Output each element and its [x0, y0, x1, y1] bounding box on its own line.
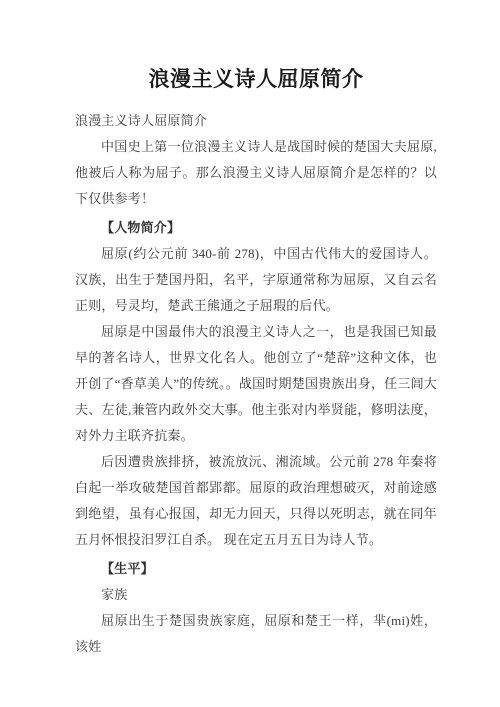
section-heading-profile: 【人物简介】 — [75, 215, 437, 241]
doc-title: 浪漫主义诗人屈原简介 — [75, 64, 437, 95]
section-heading-life: 【生平】 — [75, 556, 437, 582]
profile-paragraph-3: 后因遭贵族排挤，被流放沅、湘流域。公元前 278 年秦将白起一举攻破楚国首都郢都… — [75, 449, 437, 553]
document-page: 浪漫主义诗人屈原简介 浪漫主义诗人屈原简介 中国史上第一位浪漫主义诗人是战国时候… — [0, 0, 500, 707]
profile-paragraph-2: 屈原是中国最伟大的浪漫主义诗人之一，也是我国已知最早的著名诗人，世界文化名人。他… — [75, 319, 437, 449]
family-paragraph: 屈原出生于楚国贵族家庭，屈原和楚王一样，芈(mi)姓，该姓 — [75, 608, 437, 660]
doc-body: 浪漫主义诗人屈原简介 中国史上第一位浪漫主义诗人是战国时候的楚国大夫屈原,他被后… — [75, 108, 437, 660]
profile-paragraph-1: 屈原(约公元前 340-前 278)，中国古代伟大的爱国诗人。汉族，出生于楚国丹… — [75, 241, 437, 319]
doc-subtitle-line: 浪漫主义诗人屈原简介 — [75, 108, 437, 134]
subheading-family: 家族 — [75, 582, 437, 608]
intro-paragraph: 中国史上第一位浪漫主义诗人是战国时候的楚国大夫屈原,他被后人称为屈子。那么浪漫主… — [75, 134, 437, 212]
